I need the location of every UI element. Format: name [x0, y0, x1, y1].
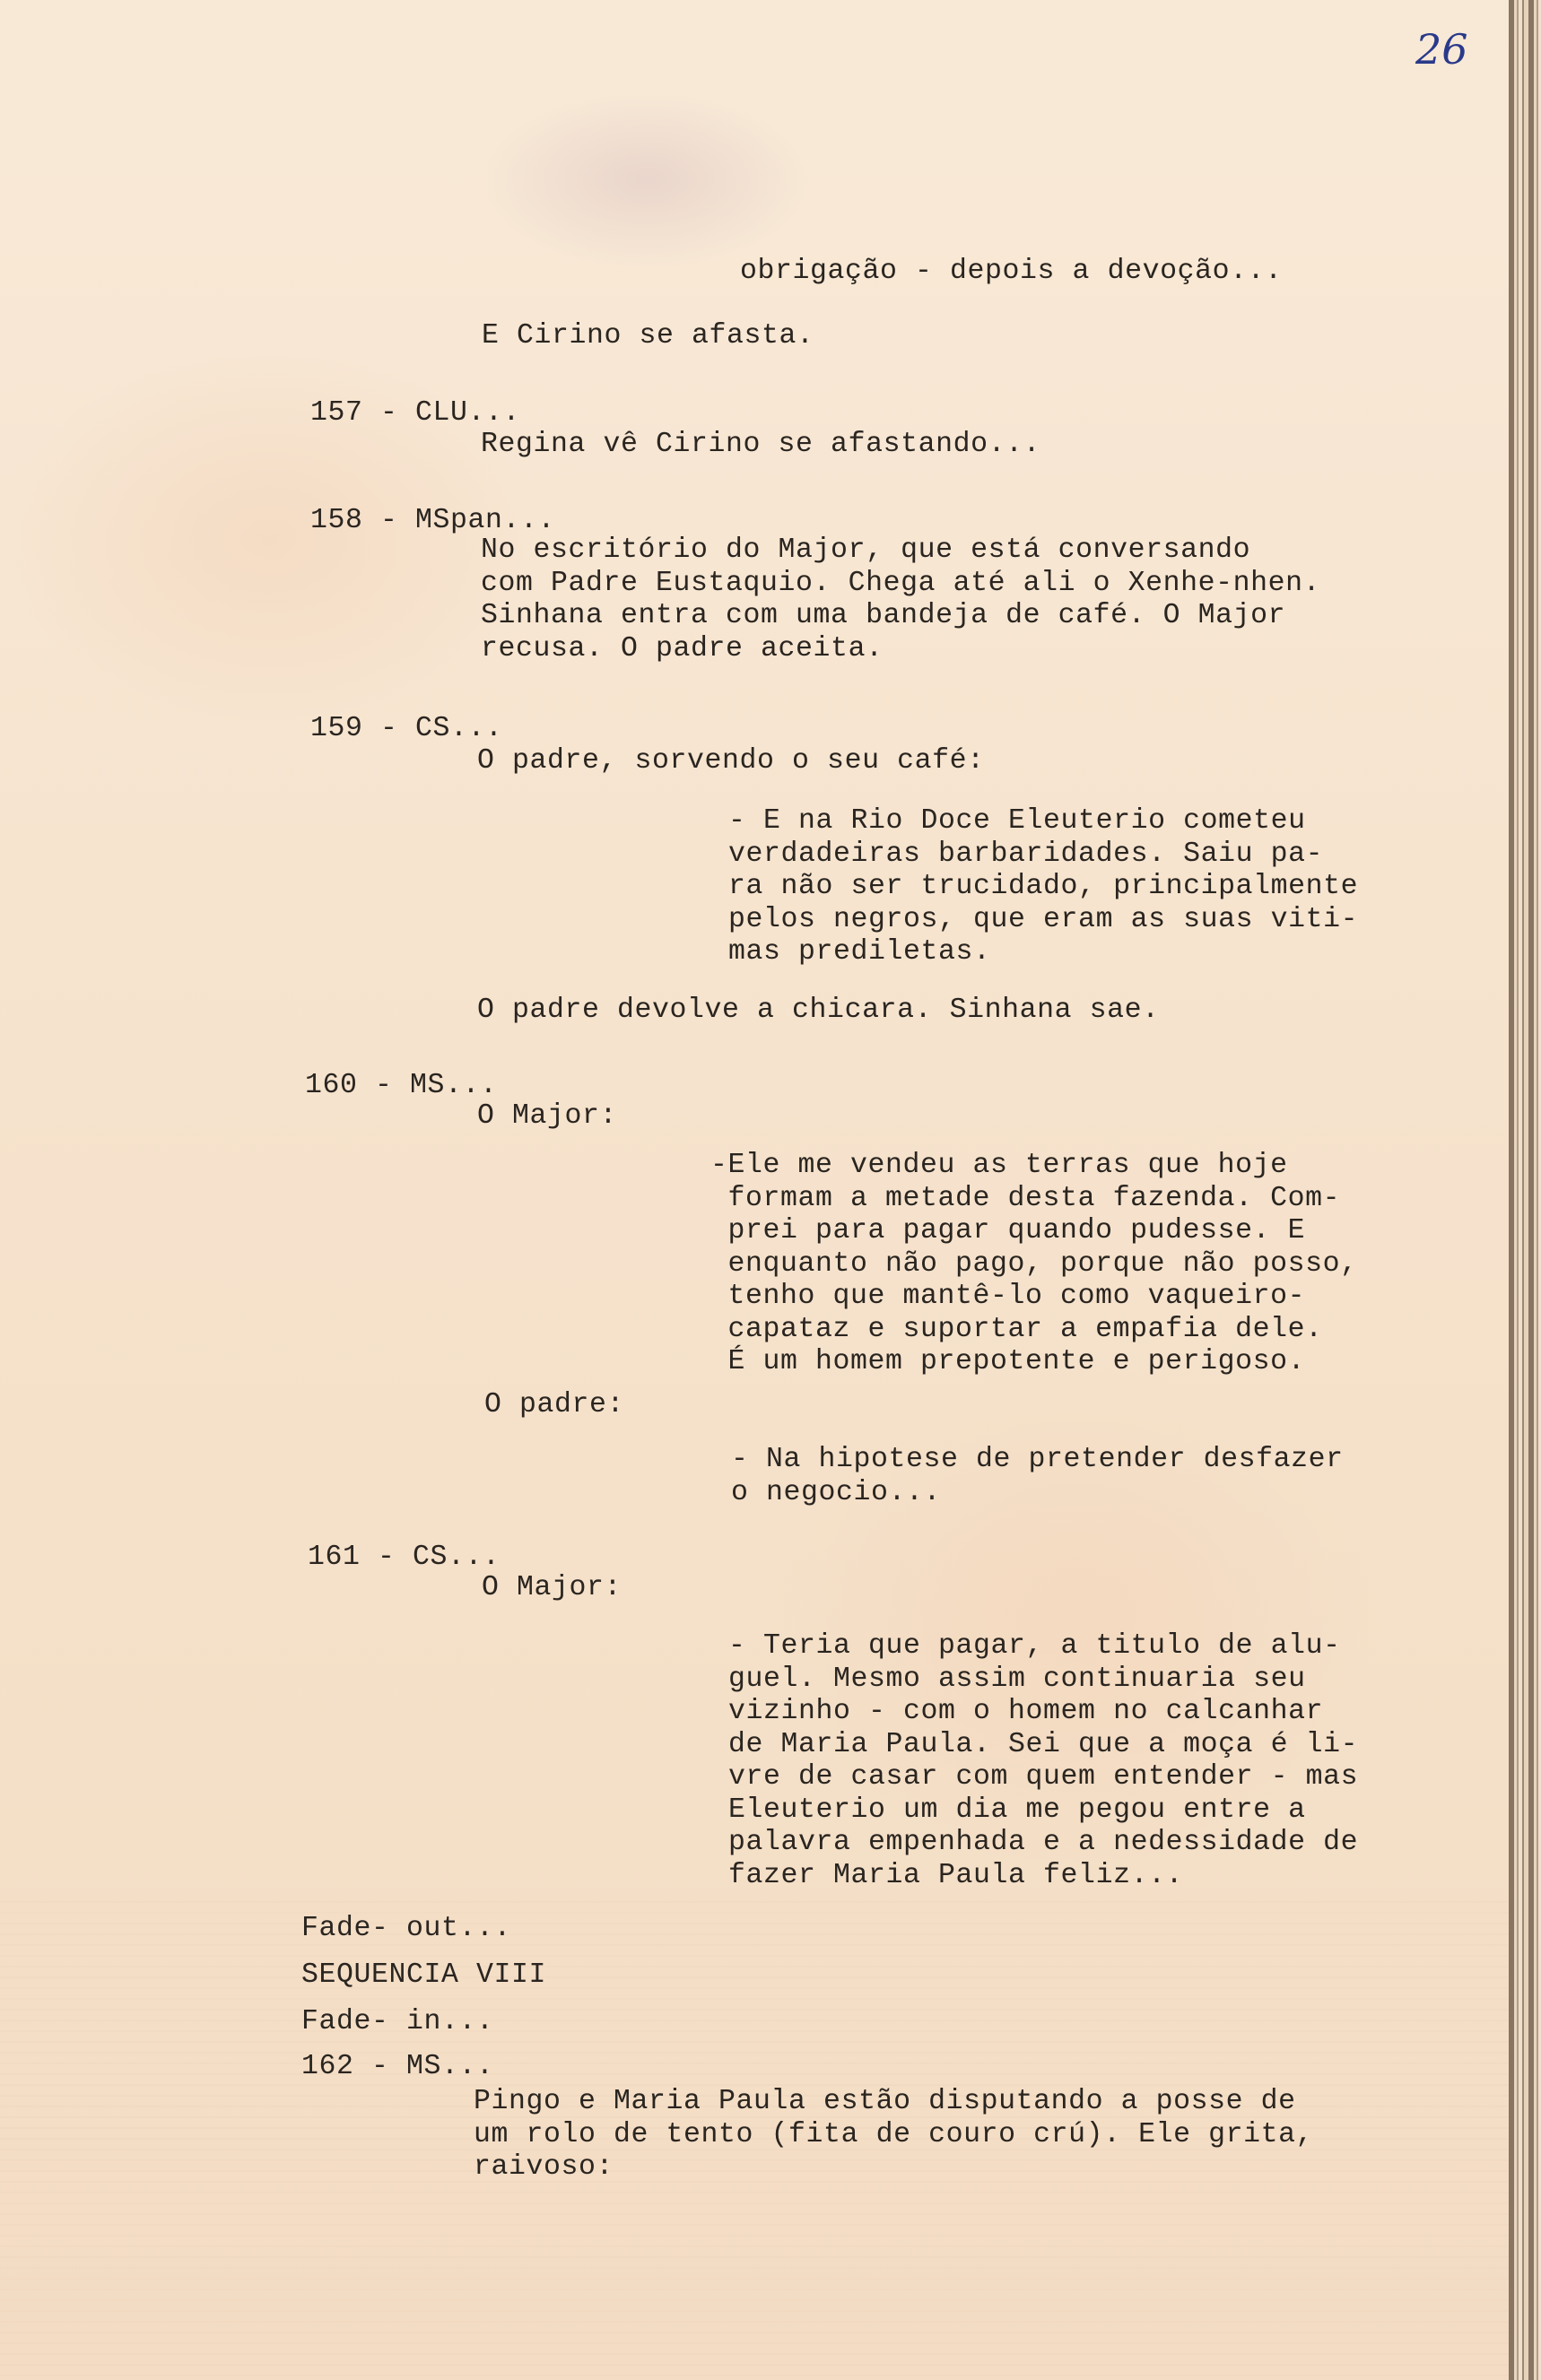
dialogue-line: Eleuterio um dia me pegou entre a: [728, 1794, 1358, 1828]
dialogue-line: formam a metade desta fazenda. Com-: [710, 1183, 1358, 1216]
action-line: O padre devolve a chicara. Sinhana sae.: [477, 995, 1160, 1026]
transition-fade-in: Fade- in...: [301, 2007, 494, 2037]
description-line: Pingo e Maria Paula estão disputando a p…: [474, 2086, 1313, 2119]
shot-heading-161: 161 - CS...: [308, 1542, 501, 1573]
dialogue-line: vizinho - com o homem no calcanhar: [728, 1696, 1358, 1729]
description-line: recusa. O padre aceita.: [481, 633, 1320, 666]
character-cue: O Major:: [482, 1573, 622, 1603]
shot-heading-157: 157 - CLU...: [310, 398, 520, 429]
dialogue-line: vre de casar com quem entender - mas: [728, 1761, 1358, 1794]
description-line: com Padre Eustaquio. Chega até ali o Xen…: [481, 568, 1320, 601]
dialogue-line: prei para pagar quando pudesse. E: [710, 1215, 1358, 1248]
dialogue-block: -Ele me vendeu as terras que hoje formam…: [710, 1150, 1358, 1379]
action-line: E Cirino se afasta.: [482, 321, 814, 352]
dialogue-line: verdadeiras barbaridades. Saiu pa-: [728, 838, 1358, 872]
dialogue-line: guel. Mesmo assim continuaria seu: [728, 1663, 1358, 1697]
dialogue-line: fazer Maria Paula feliz...: [728, 1860, 1358, 1893]
dialogue-continuation: obrigação - depois a devoção...: [740, 256, 1283, 287]
page-stack-edge: [1509, 0, 1541, 2380]
dialogue-line: o negocio...: [731, 1477, 1344, 1510]
dialogue-line: tenho que mantê-lo como vaqueiro-: [710, 1281, 1358, 1314]
shot-158-description: No escritório do Major, que está convers…: [481, 534, 1320, 665]
dialogue-line: enquanto não pago, porque não posso,: [710, 1248, 1358, 1281]
dialogue-line: É um homem prepotente e perigoso.: [710, 1346, 1358, 1379]
sequence-title: SEQUENCIA VIII: [301, 1960, 546, 1991]
dialogue-line: pelos negros, que eram as suas viti-: [728, 904, 1358, 937]
handwritten-page-number: 26: [1415, 25, 1468, 74]
dialogue-line: -Ele me vendeu as terras que hoje: [710, 1150, 1358, 1183]
description-line: Regina vê Cirino se afastando...: [481, 429, 1040, 462]
shot-heading-160: 160 - MS...: [305, 1071, 498, 1101]
shot-heading-158: 158 - MSpan...: [310, 506, 555, 536]
shot-heading-159: 159 - CS...: [310, 714, 503, 744]
dialogue-line: palavra empenhada e a nedessidade de: [728, 1827, 1358, 1860]
dialogue-block: - Teria que pagar, a titulo de alu- guel…: [728, 1630, 1358, 1892]
shot-heading-162: 162 - MS...: [301, 2052, 494, 2082]
dialogue-block: - E na Rio Doce Eleuterio cometeu verdad…: [728, 805, 1358, 969]
dialogue-line: - Teria que pagar, a titulo de alu-: [728, 1630, 1358, 1663]
description-line: Sinhana entra com uma bandeja de café. O…: [481, 600, 1320, 633]
dialogue-line: de Maria Paula. Sei que a moça é li-: [728, 1729, 1358, 1762]
dialogue-line: - E na Rio Doce Eleuterio cometeu: [728, 805, 1358, 838]
description-line: um rolo de tento (fita de couro crú). El…: [474, 2119, 1313, 2152]
dialogue-line: capataz e suportar a empafia dele.: [710, 1314, 1358, 1347]
transition-fade-out: Fade- out...: [301, 1914, 511, 1944]
character-cue: O padre:: [484, 1390, 624, 1420]
dialogue-line: mas prediletas.: [728, 936, 1358, 969]
dialogue-line: ra não ser trucidado, principalmente: [728, 871, 1358, 904]
description-line: No escritório do Major, que está convers…: [481, 534, 1320, 568]
dialogue-block: - Na hipotese de pretender desfazer o ne…: [731, 1444, 1344, 1509]
description-line: raivoso:: [474, 2151, 1313, 2185]
dialogue-line: - Na hipotese de pretender desfazer: [731, 1444, 1344, 1477]
shot-162-description: Pingo e Maria Paula estão disputando a p…: [474, 2086, 1313, 2185]
shot-157-description: Regina vê Cirino se afastando...: [481, 429, 1040, 462]
character-cue: O Major:: [477, 1101, 617, 1132]
character-cue: O padre, sorvendo o seu café:: [477, 746, 985, 777]
